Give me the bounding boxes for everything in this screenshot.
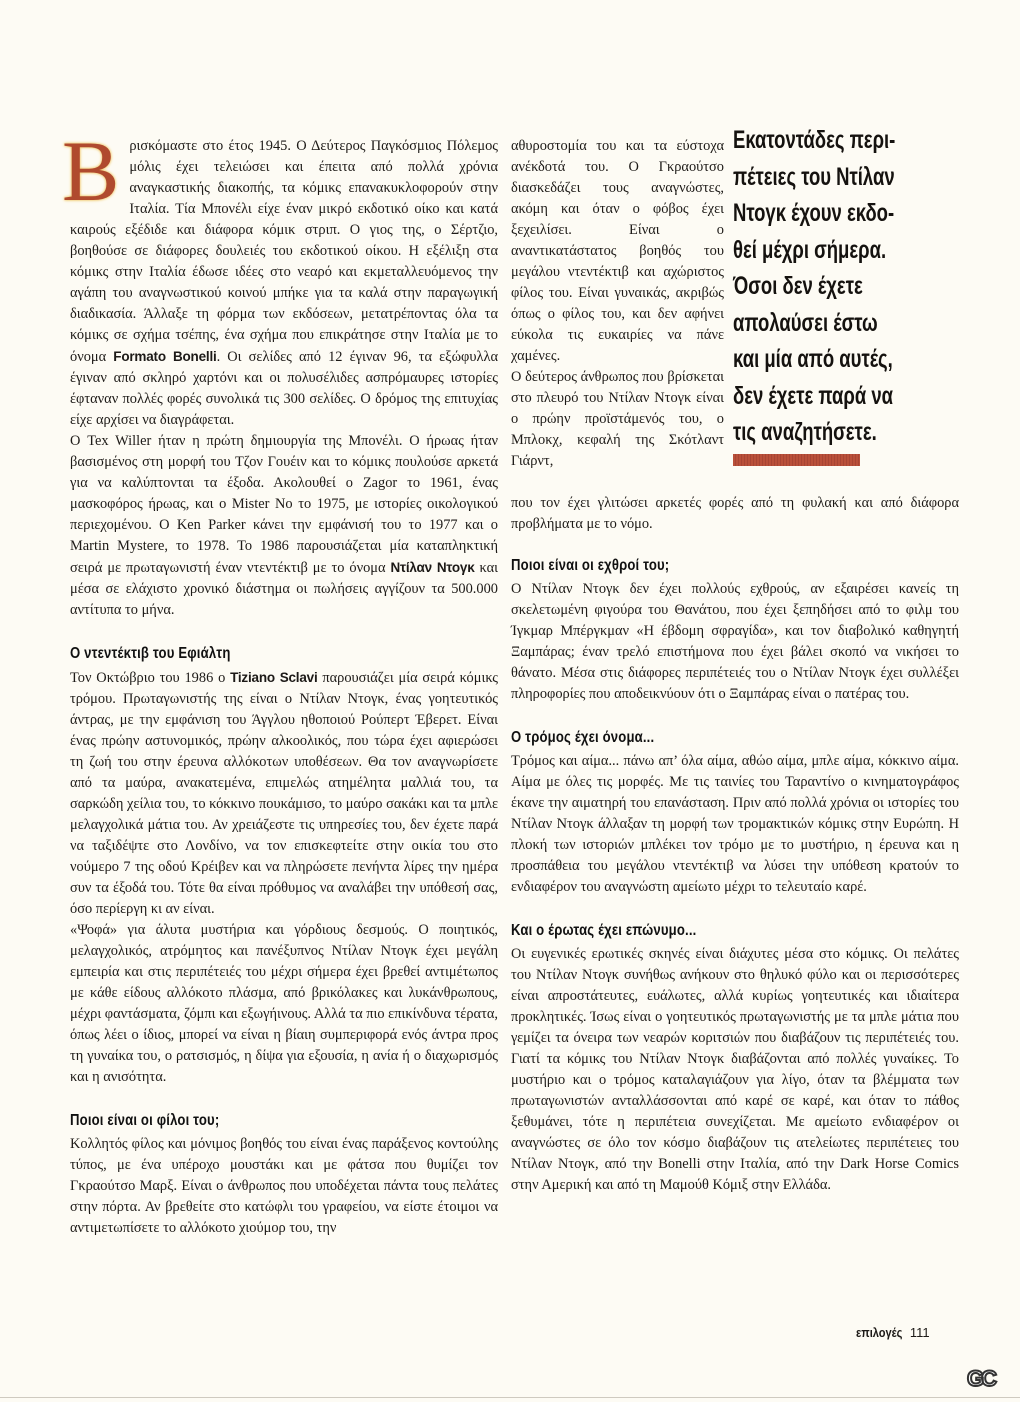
- section-paragraph: που τον έχει γλιτώσει αρκετές φορές από …: [511, 493, 959, 535]
- intro-text-1: ρισκόμαστε στο έτος 1945. Ο Δεύτερος Παγ…: [70, 138, 498, 365]
- pull-quote-line: πέτειες του Ντίλαν: [733, 159, 911, 196]
- right-column: που τον έχει γλιτώσει αρκετές φορές από …: [511, 493, 959, 1196]
- pull-quote-line: και μία από αυτές,: [733, 341, 911, 378]
- section-text: παρουσιάζει μία σειρά κόμικς τρόμου. Πρω…: [70, 670, 498, 917]
- pull-quote: Εκατοντάδες περι- πέτειες του Ντίλαν Ντο…: [733, 122, 973, 451]
- drop-cap: Β: [62, 136, 119, 204]
- section-paragraph: «Ψοφά» για άλυτα μυστήρια και γόρδιους δ…: [70, 920, 498, 1088]
- pull-quote-line: θεί μέχρι σήμερα.: [733, 232, 911, 269]
- pull-quote-line: Εκατοντάδες περι-: [733, 122, 911, 159]
- middle-column: αθυροστομία του και τα εύστοχα ανέκδοτά …: [511, 136, 724, 472]
- section-paragraph: Οι ευγενικές ερωτικές σκηνές είναι διάχυ…: [511, 944, 959, 1196]
- tiziano-sclavi-bold: Tiziano Sclavi: [230, 670, 317, 685]
- page-footer: επιλογές 111: [856, 1325, 930, 1341]
- dylan-dog-bold: Ντίλαν Ντογκ: [390, 560, 474, 575]
- section-paragraph: Τρόμος και αίμα... πάνω απ’ όλα αίμα, αθ…: [511, 751, 959, 898]
- formato-bonelli-bold: Formato Bonelli: [113, 349, 216, 364]
- section-paragraph: Ο δεύτερος άνθρωπος που βρίσκεται στο πλ…: [511, 367, 724, 472]
- section-heading-love: Και ο έρωτας έχει επώνυμο...: [511, 920, 878, 941]
- pull-quote-line: Ντογκ έχουν εκδο-: [733, 195, 911, 232]
- section-paragraph: Ο Ντίλαν Ντογκ δεν έχει πολλούς εχθρούς,…: [511, 579, 959, 705]
- pull-quote-line: απολαύσει έστω: [733, 305, 911, 342]
- pull-quote-line: δεν έχετε παρά να: [733, 378, 911, 415]
- section-heading-horror: Ο τρόμος έχει όνομα...: [511, 727, 878, 748]
- scan-edge-divider: [0, 1397, 1020, 1398]
- section-paragraph: αθυροστομία του και τα εύστοχα ανέκδοτά …: [511, 136, 724, 367]
- intro-text-3: Ο Tex Willer ήταν η πρώτη δημιουργία της…: [70, 433, 498, 576]
- section-heading-nightmare-detective: Ο ντεντέκτιβ του Εφιάλτη: [70, 643, 421, 664]
- page-number: 111: [910, 1325, 930, 1340]
- pull-quote-accent-bar: [733, 454, 860, 466]
- intro-paragraph-2: Ο Tex Willer ήταν η πρώτη δημιουργία της…: [70, 431, 498, 621]
- left-column: Βρισκόμαστε στο έτος 1945. Ο Δεύτερος Πα…: [70, 136, 498, 1239]
- section-paragraph: Κολλητός φίλος και μόνιμος βοηθός του εί…: [70, 1134, 498, 1239]
- section-heading-enemies: Ποιοι είναι οι εχθροί του;: [511, 555, 878, 576]
- gc-watermark-logo: GC: [967, 1366, 994, 1392]
- intro-paragraph: Βρισκόμαστε στο έτος 1945. Ο Δεύτερος Πα…: [70, 136, 498, 431]
- section-heading-friends: Ποιοι είναι οι φίλοι του;: [70, 1110, 421, 1131]
- section-text: Τον Οκτώβριο του 1986 ο: [70, 670, 230, 686]
- pull-quote-line: τις αναζητήσετε.: [733, 414, 911, 451]
- magazine-name: επιλογές: [856, 1325, 902, 1340]
- pull-quote-line: Όσοι δεν έχετε: [733, 268, 911, 305]
- section-paragraph: Τον Οκτώβριο του 1986 ο Tiziano Sclavi π…: [70, 667, 498, 920]
